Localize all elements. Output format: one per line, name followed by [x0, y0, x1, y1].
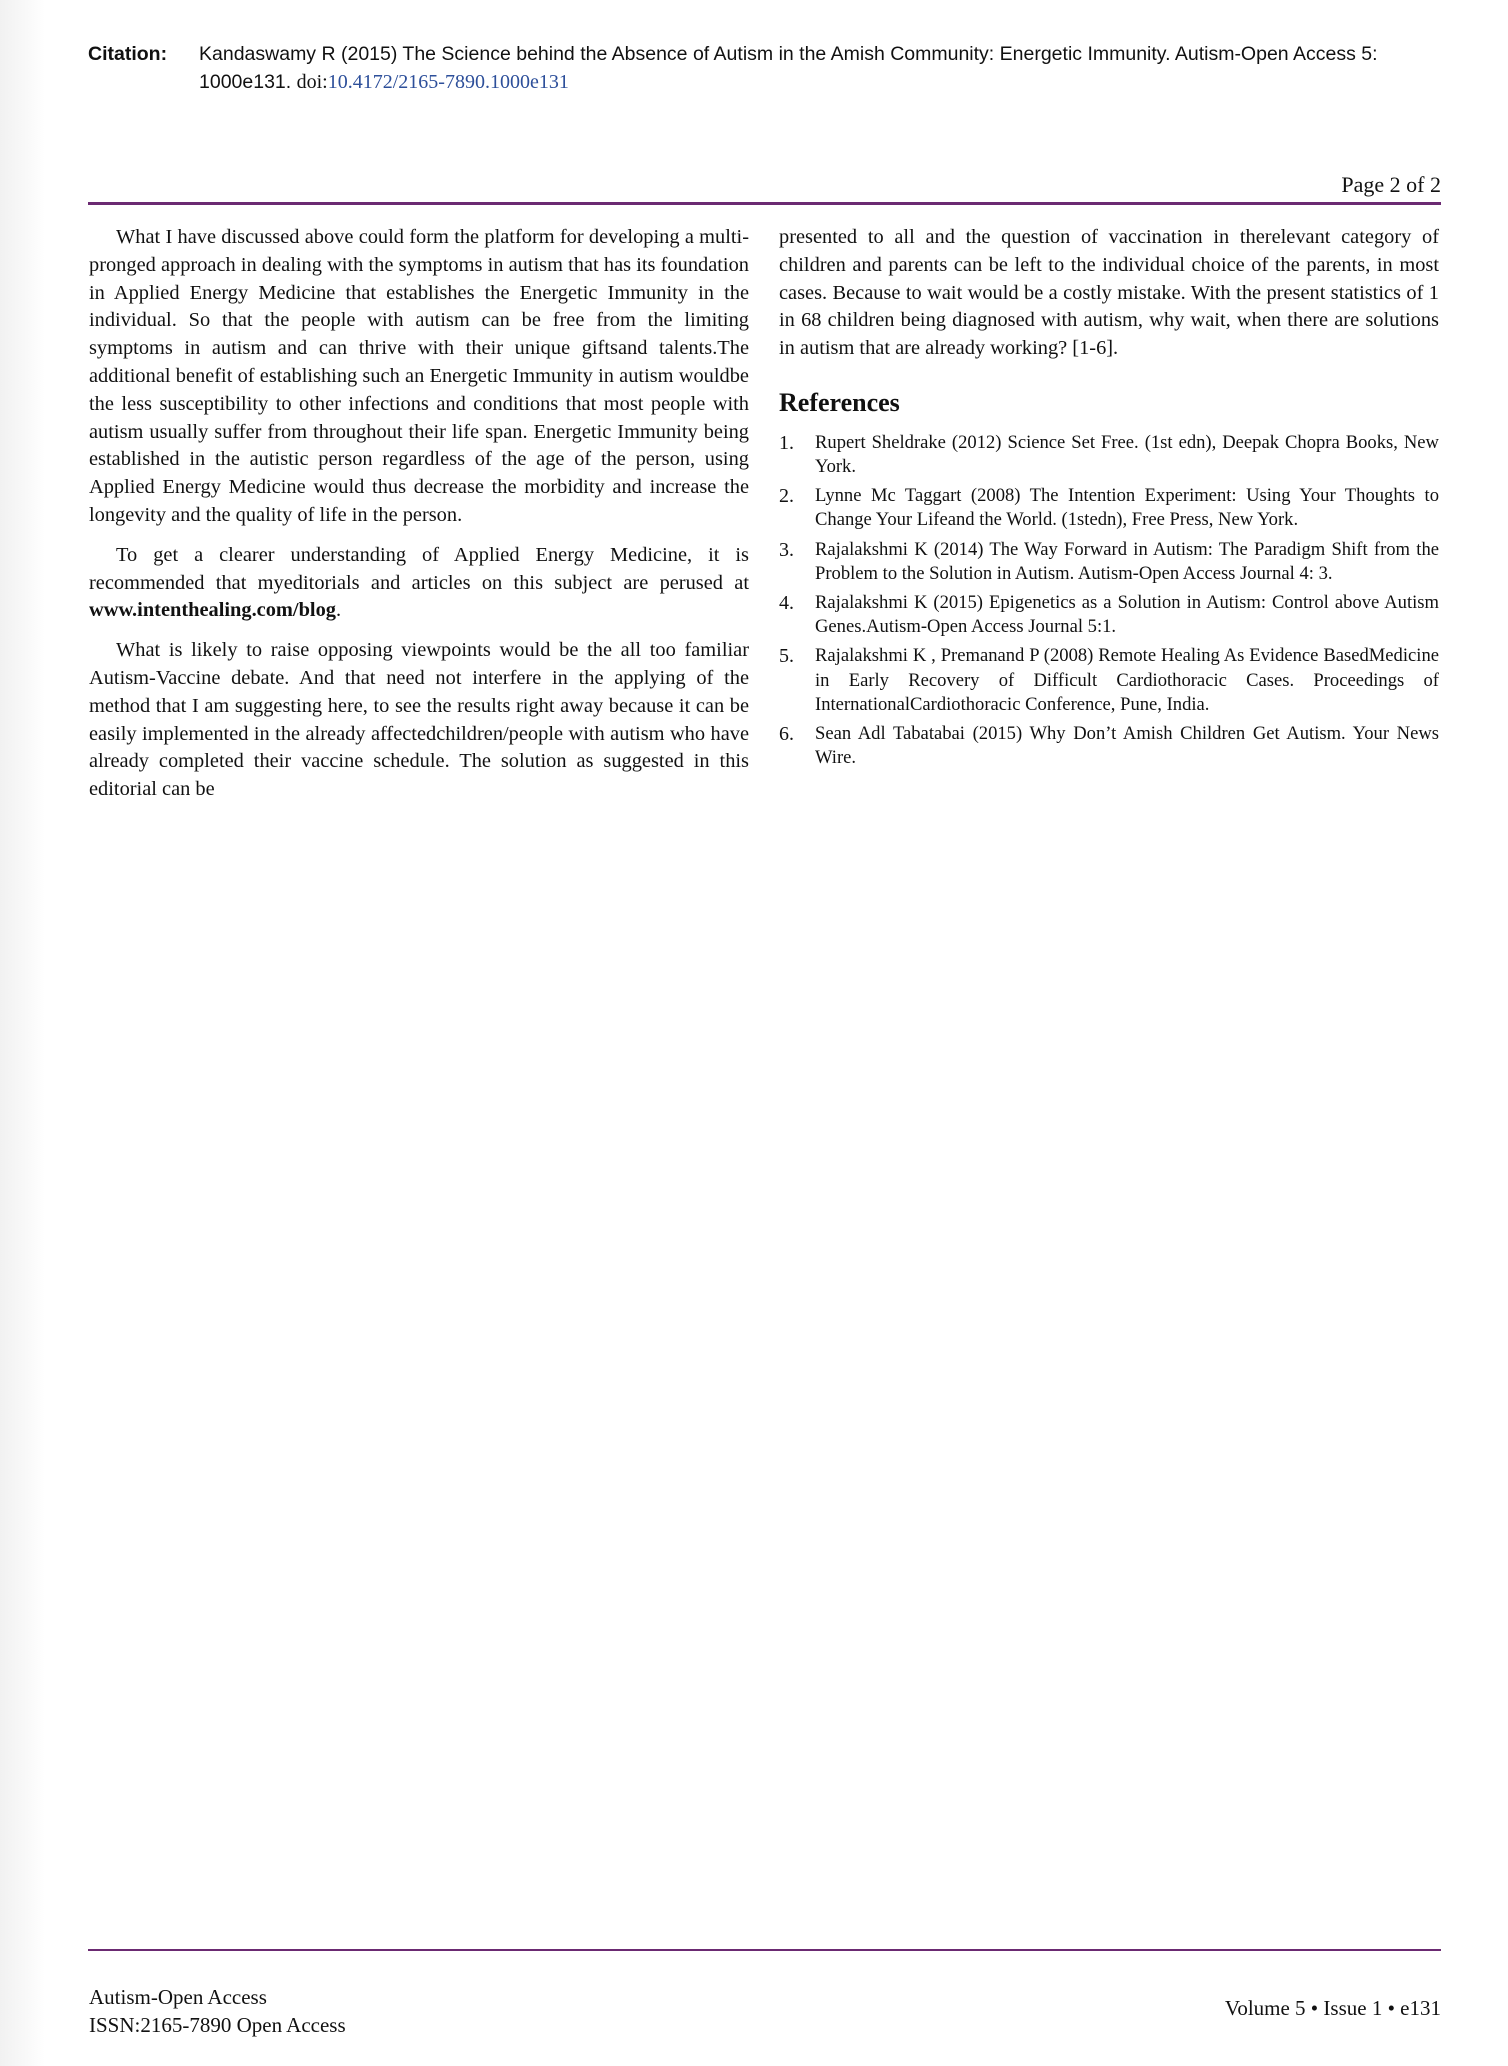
- footer-journal-info: Autism-Open Access ISSN:2165-7890 Open A…: [89, 1983, 346, 2039]
- citation-label: Citation:: [88, 40, 199, 96]
- body-paragraph: What I have discussed above could form t…: [89, 224, 749, 530]
- reference-number: 6.: [779, 722, 815, 770]
- reference-text: Rajalakshmi K (2014) The Way Forward in …: [815, 538, 1439, 586]
- reference-number: 2.: [779, 484, 815, 532]
- paragraph-text: To get a clearer understanding of Applie…: [89, 544, 749, 594]
- reference-text: Rajalakshmi K (2015) Epigenetics as a So…: [815, 591, 1439, 639]
- footer-volume-info: Volume 5 • Issue 1 • e131: [1225, 1996, 1441, 2021]
- references-list: 1.Rupert Sheldrake (2012) Science Set Fr…: [779, 431, 1439, 771]
- paragraph-suffix: .: [336, 599, 341, 621]
- reference-number: 5.: [779, 644, 815, 717]
- reference-item: 5.Rajalakshmi K , Premanand P (2008) Rem…: [779, 644, 1439, 717]
- page-number: Page 2 of 2: [1341, 172, 1441, 198]
- reference-item: 1.Rupert Sheldrake (2012) Science Set Fr…: [779, 431, 1439, 479]
- footer-journal-name: Autism-Open Access: [89, 1983, 346, 2011]
- reference-text: Lynne Mc Taggart (2008) The Intention Ex…: [815, 484, 1439, 532]
- doi-prefix: doi:: [297, 71, 328, 93]
- reference-item: 2.Lynne Mc Taggart (2008) The Intention …: [779, 484, 1439, 532]
- footer-issn: ISSN:2165-7890 Open Access: [89, 2011, 346, 2039]
- body-paragraph: What is likely to raise opposing viewpoi…: [89, 637, 749, 804]
- reference-text: Rajalakshmi K , Premanand P (2008) Remot…: [815, 644, 1439, 717]
- reference-number: 1.: [779, 431, 815, 479]
- reference-item: 6.Sean Adl Tabatabai (2015) Why Don’t Am…: [779, 722, 1439, 770]
- citation-block: Citation: Kandaswamy R (2015) The Scienc…: [88, 40, 1443, 96]
- reference-text: Sean Adl Tabatabai (2015) Why Don’t Amis…: [815, 722, 1439, 770]
- reference-text: Rupert Sheldrake (2012) Science Set Free…: [815, 431, 1439, 479]
- body-paragraph: To get a clearer understanding of Applie…: [89, 542, 749, 625]
- reference-item: 3.Rajalakshmi K (2014) The Way Forward i…: [779, 538, 1439, 586]
- doi-link[interactable]: 10.4172/2165-7890.1000e131: [328, 71, 569, 93]
- right-column: presented to all and the question of vac…: [779, 224, 1439, 775]
- citation-text: Kandaswamy R (2015) The Science behind t…: [199, 40, 1443, 96]
- footer-divider: [88, 1949, 1441, 1951]
- references-heading: References: [779, 389, 1439, 417]
- reference-number: 4.: [779, 591, 815, 639]
- reference-item: 4.Rajalakshmi K (2015) Epigenetics as a …: [779, 591, 1439, 639]
- body-paragraph: presented to all and the question of vac…: [779, 224, 1439, 363]
- header-divider: [88, 202, 1441, 205]
- blog-link[interactable]: www.intenthealing.com/blog: [89, 599, 336, 621]
- reference-number: 3.: [779, 538, 815, 586]
- left-column: What I have discussed above could form t…: [89, 224, 749, 816]
